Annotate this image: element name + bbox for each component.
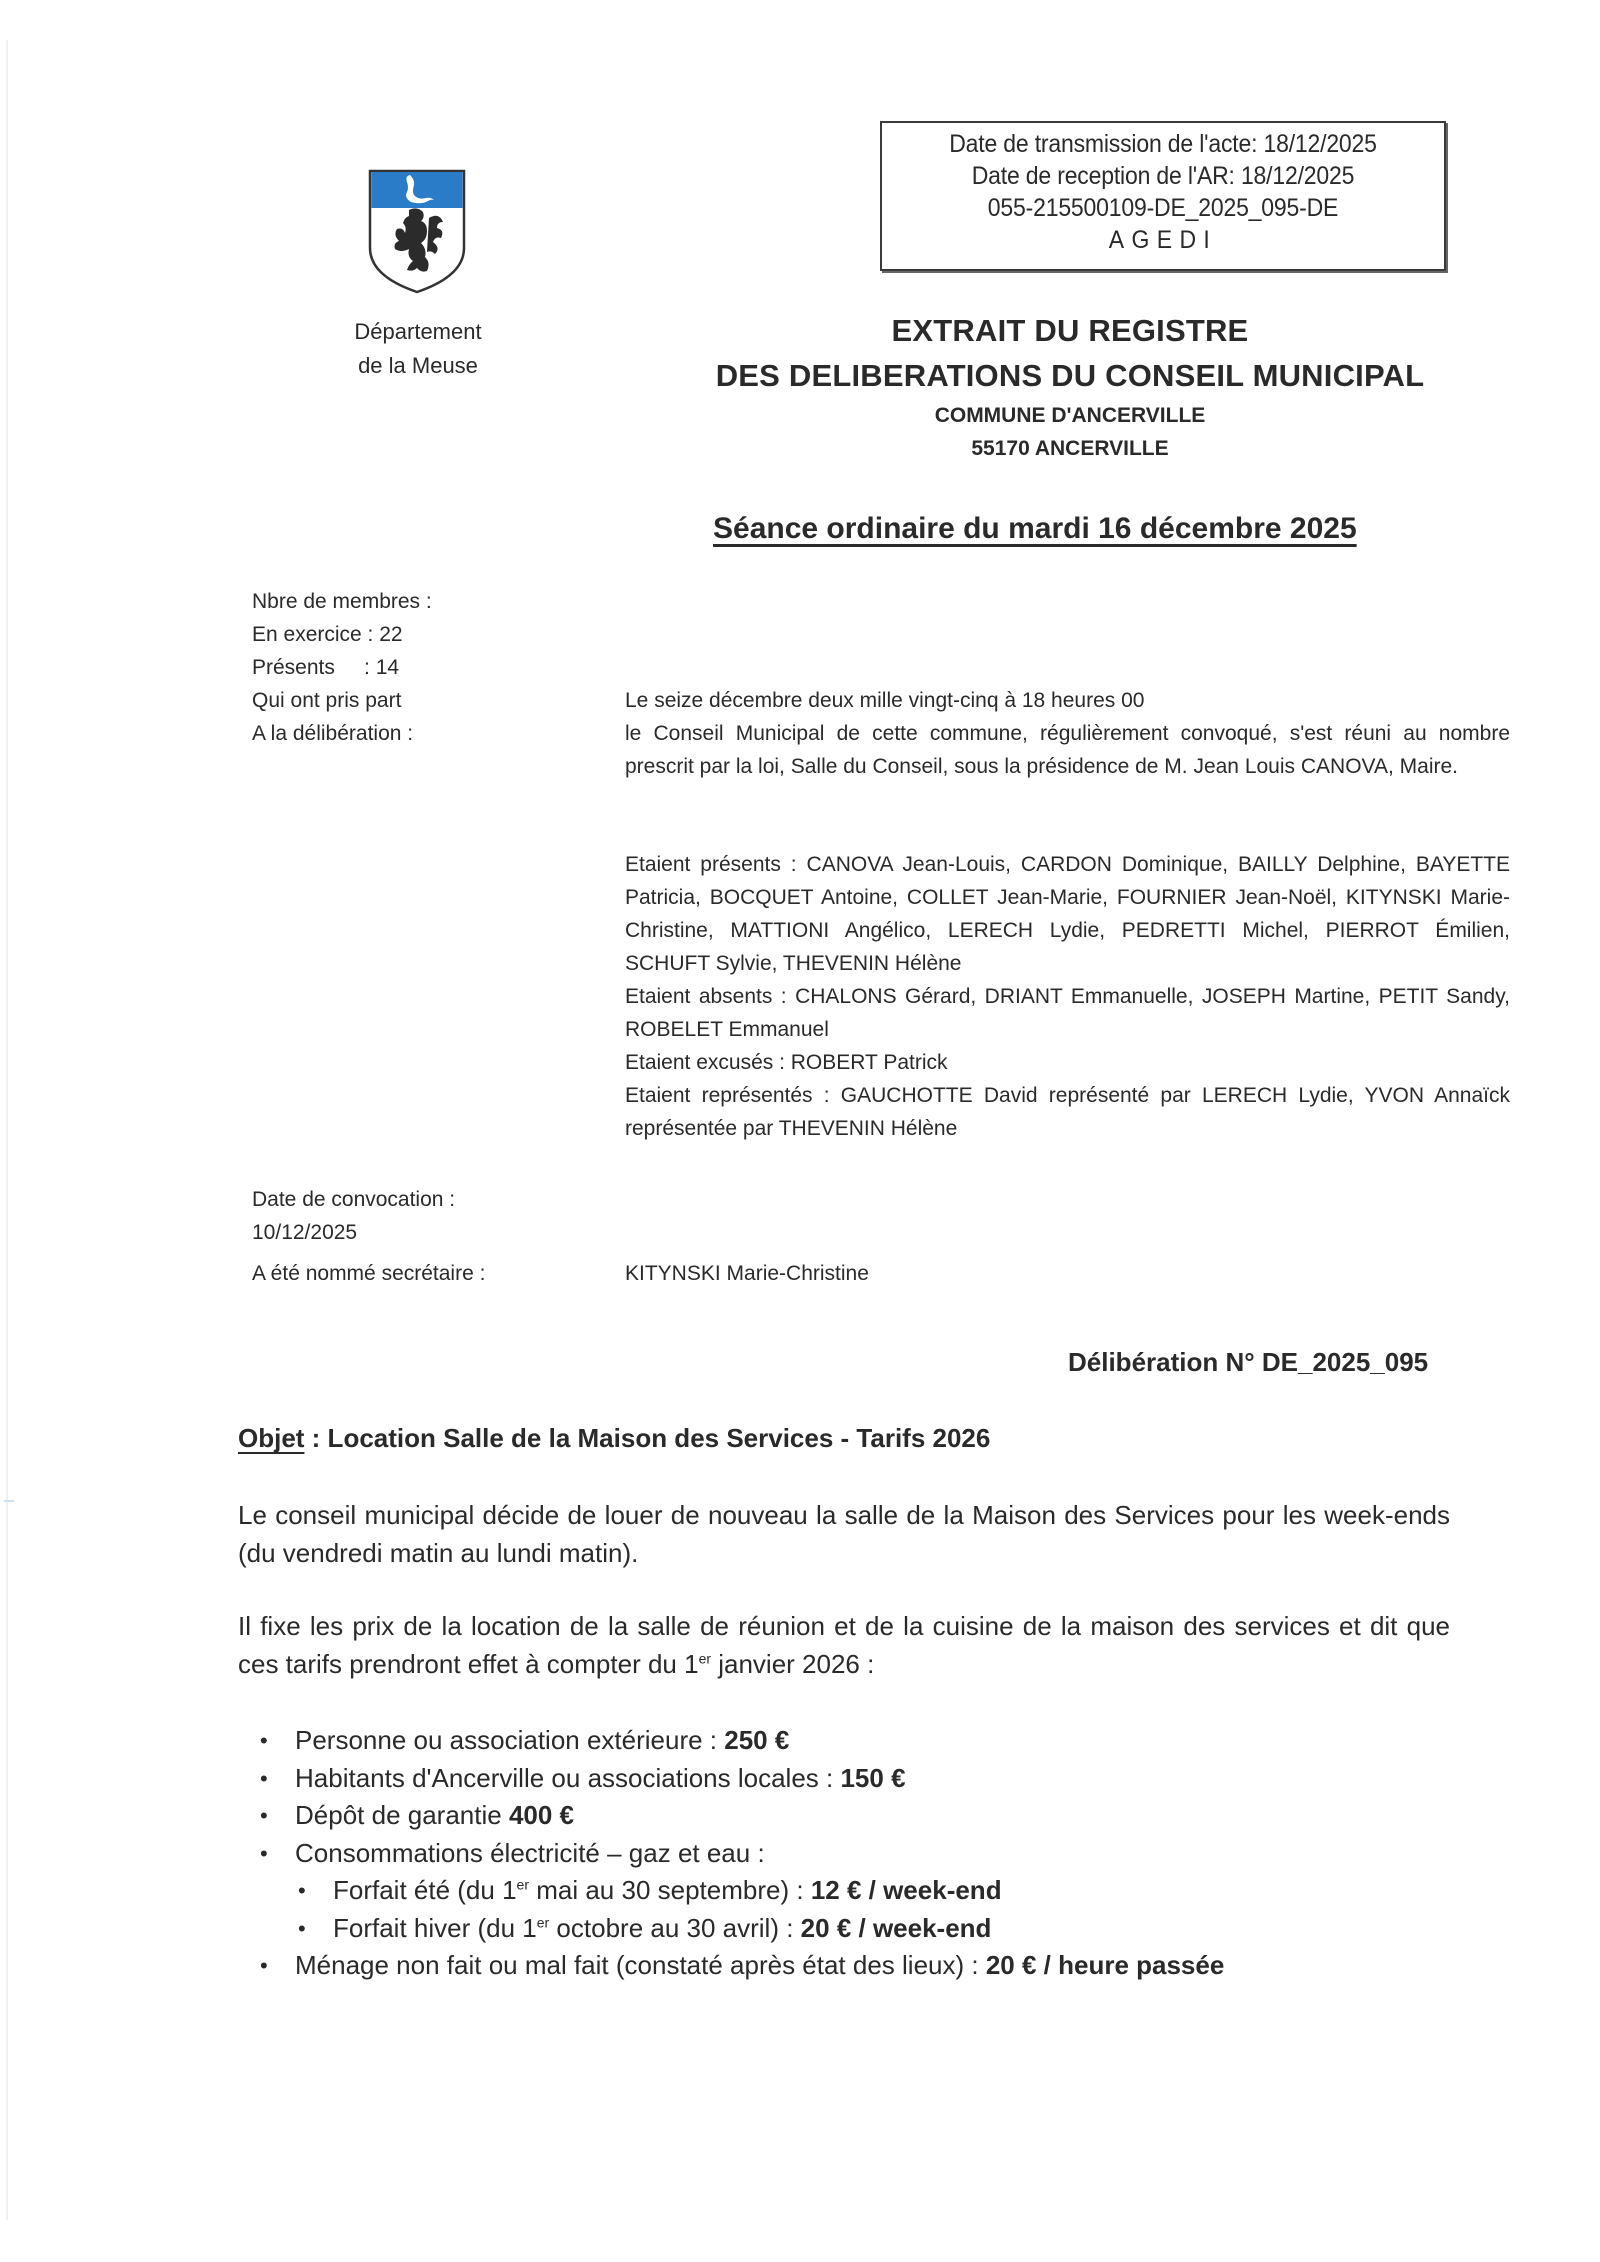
tariff-sup: er — [537, 1914, 549, 1930]
stamp-agent: AGEDI — [904, 224, 1421, 256]
pricing-paragraph: Il fixe les prix de la location de la sa… — [238, 1607, 1450, 1683]
meeting-intro-line-1: Le seize décembre deux mille vingt-cinq … — [625, 684, 1510, 717]
tariff-label: Habitants d'Ancerville ou associations l… — [295, 1763, 840, 1793]
tariff-label: Ménage non fait ou mal fait (constaté ap… — [295, 1950, 986, 1980]
meeting-intro-rest: le Conseil Municipal de cette commune, r… — [625, 717, 1510, 783]
members-pris-part-1: Qui ont pris part — [252, 684, 432, 717]
secretary-label: A été nommé secrétaire : — [252, 1262, 485, 1286]
tariff-value: 250 € — [724, 1725, 789, 1755]
subject-label: Objet — [238, 1423, 304, 1453]
document-title-line-2: DES DELIBERATIONS DU CONSEIL MUNICIPAL — [620, 358, 1520, 394]
department-line-1: Département — [330, 315, 506, 349]
tariff-value: 150 € — [840, 1763, 905, 1793]
tariff-label: Consommations électricité – gaz et eau : — [295, 1838, 765, 1868]
members-summary: Nbre de membres : En exercice : 22 Prése… — [252, 585, 432, 750]
tariff-value: 400 € — [509, 1800, 574, 1830]
convocation-label: Date de convocation : — [252, 1183, 455, 1216]
commune-address: 55170 ANCERVILLE — [620, 437, 1520, 461]
scan-edge-mark — [4, 1500, 14, 1502]
stamp-transmission-date: Date de transmission de l'acte: 18/12/20… — [904, 128, 1421, 160]
department-label: Département de la Meuse — [330, 315, 506, 383]
tariff-subitem: Forfait hiver (du 1er octobre au 30 avri… — [250, 1910, 1224, 1948]
attendance-presents: Etaient présents : CANOVA Jean-Louis, CA… — [625, 848, 1510, 980]
tariff-sup: er — [517, 1876, 529, 1892]
members-en-exercice: En exercice : 22 — [252, 618, 432, 651]
tariff-item: Habitants d'Ancerville ou associations l… — [250, 1760, 1224, 1798]
tariff-subitem: Forfait été (du 1er mai au 30 septembre)… — [250, 1872, 1224, 1910]
deliberation-number: Délibération N° DE_2025_095 — [1068, 1347, 1428, 1378]
members-pris-part-2: A la délibération : — [252, 717, 432, 750]
tariff-item: Consommations électricité – gaz et eau : — [250, 1835, 1224, 1873]
tariff-value: 20 € / heure passée — [986, 1950, 1224, 1980]
tariff-label: Dépôt de garantie — [295, 1800, 509, 1830]
scan-edge-line — [6, 40, 8, 2220]
tariff-label: Personne ou association extérieure : — [295, 1725, 724, 1755]
members-label: Nbre de membres : — [252, 585, 432, 618]
session-title: Séance ordinaire du mardi 16 décembre 20… — [713, 512, 1357, 546]
secretary-name: KITYNSKI Marie-Christine — [625, 1262, 869, 1286]
tariff-label: octobre au 30 avril) : — [549, 1913, 800, 1943]
stamp-reception-date: Date de reception de l'AR: 18/12/2025 — [904, 160, 1421, 192]
pricing-sup: er — [699, 1650, 711, 1666]
convocation-date: 10/12/2025 — [252, 1216, 455, 1249]
members-presents: Présents : 14 — [252, 651, 432, 684]
subject-text: : Location Salle de la Maison des Servic… — [304, 1423, 990, 1453]
coat-of-arms-icon — [367, 168, 467, 294]
tariff-item: Dépôt de garantie 400 € — [250, 1797, 1224, 1835]
convocation-block: Date de convocation : 10/12/2025 — [252, 1183, 455, 1249]
tariff-label: mai au 30 septembre) : — [529, 1875, 811, 1905]
attendance-block: Etaient présents : CANOVA Jean-Louis, CA… — [625, 848, 1510, 1145]
tariff-value: 20 € / week-end — [801, 1913, 992, 1943]
department-line-2: de la Meuse — [330, 349, 506, 383]
pricing-text-b: janvier 2026 : — [711, 1649, 874, 1679]
tariff-value: 12 € / week-end — [811, 1875, 1002, 1905]
commune-name: COMMUNE D'ANCERVILLE — [620, 404, 1520, 428]
tariff-label: Forfait été (du 1 — [333, 1875, 517, 1905]
attendance-excuses: Etaient excusés : ROBERT Patrick — [625, 1046, 1510, 1079]
stamp-reference: 055-215500109-DE_2025_095-DE — [904, 192, 1421, 224]
meeting-intro: Le seize décembre deux mille vingt-cinq … — [625, 684, 1510, 783]
attendance-absents: Etaient absents : CHALONS Gérard, DRIANT… — [625, 980, 1510, 1046]
tariff-item: Personne ou association extérieure : 250… — [250, 1722, 1224, 1760]
transmission-stamp: Date de transmission de l'acte: 18/12/20… — [880, 121, 1446, 271]
tariff-item: Ménage non fait ou mal fait (constaté ap… — [250, 1947, 1224, 1985]
decision-paragraph: Le conseil municipal décide de louer de … — [238, 1496, 1450, 1572]
tariff-list: Personne ou association extérieure : 250… — [250, 1722, 1224, 1985]
attendance-representes: Etaient représentés : GAUCHOTTE David re… — [625, 1079, 1510, 1145]
tariff-label: Forfait hiver (du 1 — [333, 1913, 537, 1943]
deliberation-subject: Objet : Location Salle de la Maison des … — [238, 1423, 990, 1454]
document-title-line-1: EXTRAIT DU REGISTRE — [620, 313, 1520, 349]
